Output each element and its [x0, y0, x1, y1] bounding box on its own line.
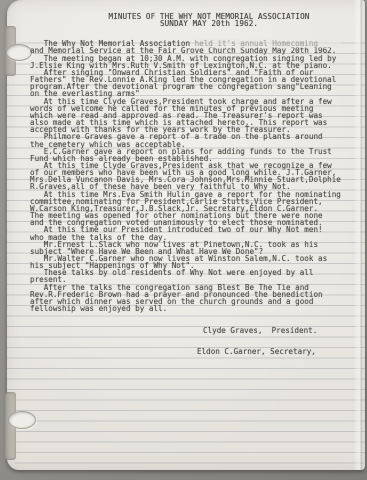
signature-secretary: Eldon C.Garner, Secretary, — [197, 348, 362, 355]
document-title: MINUTES OF THE WHY NOT MEMORIAL ASSOCIAT… — [30, 13, 362, 27]
paragraph-opening: The Why Not Memorial Association held it… — [30, 40, 362, 54]
paragraph-business-reports: At this time Clyde Graves,President took… — [30, 98, 362, 227]
paragraph-meeting-began: The meeting began at 10;30 A.M. with con… — [30, 55, 362, 69]
title-line-2: SUNDAY MAY 20th 1962. — [56, 20, 362, 27]
paragraph-closing: After the talks the congregation sang Bl… — [30, 284, 362, 313]
paragraph-singing-devotional: After singing "Onward Christian Soldiers… — [30, 69, 362, 98]
binder-hole-top — [6, 44, 32, 61]
signature-president: Clyde Graves, President. — [203, 327, 362, 334]
typewritten-document: MINUTES OF THE WHY NOT MEMORIAL ASSOCIAT… — [30, 13, 362, 370]
signature-block: Clyde Graves, President. Eldon C.Garner,… — [30, 312, 362, 369]
paragraph-speakers: At this time our President introduced tw… — [30, 226, 362, 283]
binder-hole-bottom — [8, 411, 36, 429]
corner-shade — [7, 0, 23, 16]
